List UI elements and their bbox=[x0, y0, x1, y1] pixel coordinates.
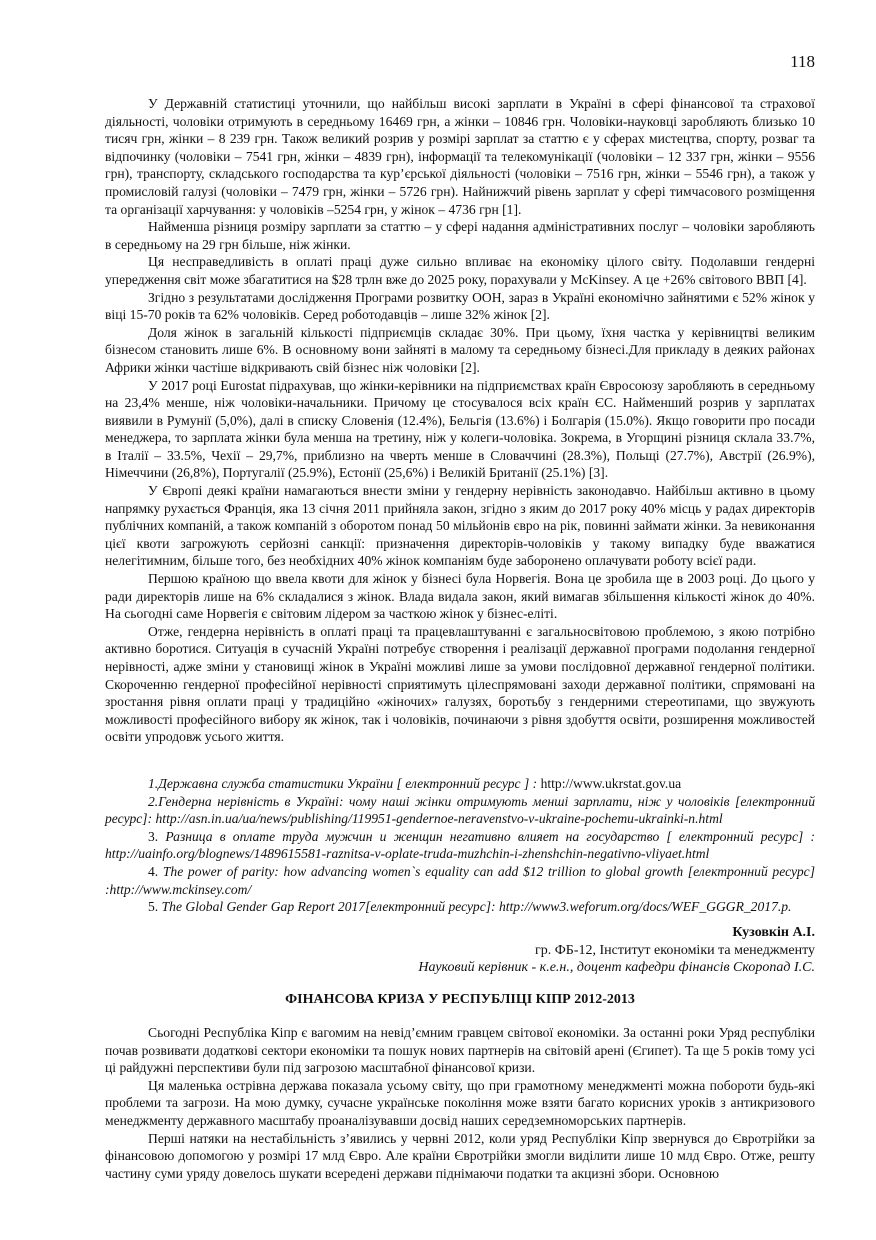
reference-item: 5. The Global Gender Gap Report 2017[еле… bbox=[105, 898, 815, 916]
article-body-cyprus-crisis: Сьогодні Республіка Кіпр є вагомим на не… bbox=[105, 1024, 815, 1182]
reference-item: 1.Державна служба статистики України [ е… bbox=[105, 775, 815, 793]
author-name: Кузовкін А.І. bbox=[418, 924, 815, 942]
article-body-gender-pay-gap: У Державній статистиці уточнили, що найб… bbox=[105, 95, 815, 746]
paragraph: Ця несправедливість в оплаті праці дуже … bbox=[105, 253, 815, 288]
paragraph: Отже, гендерна нерівність в оплаті праці… bbox=[105, 623, 815, 746]
paragraph: Згідно з результатами дослідження Програ… bbox=[105, 289, 815, 324]
references-list: 1.Державна служба статистики України [ е… bbox=[105, 775, 815, 916]
reference-item: 2.Гендерна нерівність в Україні: чому на… bbox=[105, 793, 815, 828]
paragraph: Найменша різниця розміру зарплати за ста… bbox=[105, 218, 815, 253]
reference-title: 1.Державна служба статистики України [ е… bbox=[148, 776, 537, 791]
paragraph: У 2017 році Eurostat підрахував, що жінк… bbox=[105, 377, 815, 483]
reference-link[interactable]: http://www.ukrstat.gov.ua bbox=[537, 776, 681, 791]
paragraph: Ця маленька острівна держава показала ус… bbox=[105, 1077, 815, 1130]
scientific-supervisor: Науковий керівник - к.е.н., доцент кафед… bbox=[418, 959, 815, 977]
paragraph: Доля жінок в загальній кількості підприє… bbox=[105, 324, 815, 377]
reference-item: 3. Разница в оплате труда мужчин и женщи… bbox=[105, 828, 815, 863]
reference-title: Разница в оплате труда мужчин и женщин н… bbox=[105, 829, 815, 862]
page-number: 118 bbox=[790, 52, 815, 72]
paragraph: У Державній статистиці уточнили, що найб… bbox=[105, 95, 815, 218]
reference-number: 3. bbox=[148, 829, 165, 844]
reference-title: The Global Gender Gap Report 2017[електр… bbox=[162, 899, 792, 914]
reference-title: 2.Гендерна нерівність в Україні: чому на… bbox=[105, 794, 815, 827]
paragraph: Перші натяки на нестабільність з’явились… bbox=[105, 1130, 815, 1183]
reference-item: 4. The power of parity: how advancing wo… bbox=[105, 863, 815, 898]
paragraph: Сьогодні Республіка Кіпр є вагомим на не… bbox=[105, 1024, 815, 1077]
paragraph: Першою країною що ввела квоти для жінок … bbox=[105, 570, 815, 623]
article-title: ФІНАНСОВА КРИЗА У РЕСПУБЛІЦІ КІПР 2012-2… bbox=[105, 991, 815, 1009]
reference-title: The power of parity: how advancing women… bbox=[105, 864, 815, 897]
author-affiliation: гр. ФБ-12, Інститут економіки та менеджм… bbox=[418, 942, 815, 960]
reference-number: 4. bbox=[148, 864, 163, 879]
author-block: Кузовкін А.І. гр. ФБ-12, Інститут економ… bbox=[418, 924, 815, 977]
paragraph: У Європі деякі країни намагаються внести… bbox=[105, 482, 815, 570]
reference-number: 5. bbox=[148, 899, 162, 914]
